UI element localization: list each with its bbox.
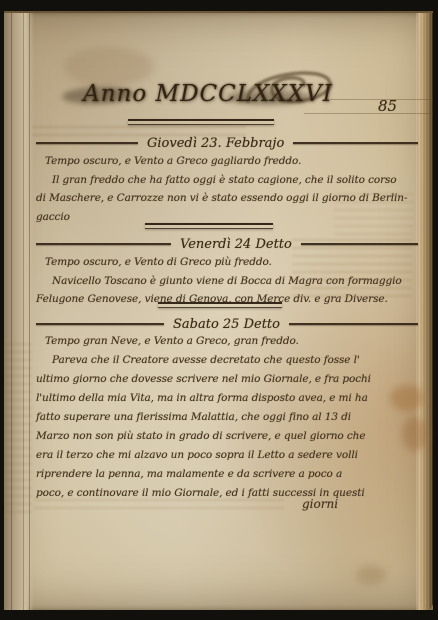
journal-line: poco, e continovare il mio Giornale, ed … — [36, 484, 420, 503]
journal-line: Tempo oscuro, e Vento di Greco più fredd… — [36, 253, 420, 272]
heading-rule-right — [289, 323, 418, 325]
journal-line: l'ultimo della mia Vita, ma in altra for… — [36, 389, 420, 408]
journal-line: era il terzo che mi alzavo un poco sopra… — [36, 446, 420, 465]
journal-line: Navicello Toscano è giunto viene di Bocc… — [36, 272, 420, 291]
entry-body: Tempo gran Neve, e Vento a Greco, gran f… — [36, 332, 420, 503]
journal-line: ultimo giorno che dovesse scrivere nel m… — [36, 370, 420, 389]
journal-line: di Maschere, e Carrozze non vi è stato e… — [36, 189, 420, 208]
heading-rule-left — [36, 243, 171, 245]
book-gutter — [4, 13, 34, 610]
entry-heading-row: Sabato 25 Detto — [36, 315, 418, 333]
entry-heading-row: Giovedì 23. Febbrajo — [36, 134, 418, 152]
gutter-crease — [29, 13, 30, 610]
entry-heading: Venerdì 24 Detto — [171, 237, 301, 252]
entry-heading-row: Venerdì 24 Detto — [36, 235, 418, 253]
heading-rule-left — [36, 142, 138, 144]
heading-rule-right — [293, 142, 418, 144]
section-divider-rule — [158, 302, 282, 308]
photo-frame: Anno MDCCLXXXVI 85 Giovedì 23. Febbrajo … — [0, 0, 438, 620]
heading-rule-right — [301, 243, 418, 245]
paper-stain — [356, 565, 386, 585]
book-page: Anno MDCCLXXXVI 85 Giovedì 23. Febbrajo … — [4, 11, 433, 610]
page-number: 85 — [378, 97, 397, 115]
journal-line: Il gran freddo che ha fatto oggi è stato… — [36, 171, 420, 190]
journal-line: riprendere la penna, ma malamente e da s… — [36, 465, 420, 484]
title-underline-rule — [128, 119, 274, 125]
ruling-line — [304, 113, 433, 114]
journal-line: Tempo oscuro, e Vento a Greco gagliardo … — [36, 152, 420, 171]
closing-word: giorni — [302, 497, 338, 511]
entry-body: Tempo oscuro, e Vento di Greco più fredd… — [36, 253, 420, 309]
entry-body: Tempo oscuro, e Vento a Greco gagliardo … — [36, 152, 420, 226]
entry-heading: Giovedì 23. Febbrajo — [138, 136, 293, 151]
section-divider-rule — [145, 223, 273, 229]
journal-line: Pareva che il Creatore avesse decretato … — [36, 351, 420, 370]
journal-line: Tempo gran Neve, e Vento a Greco, gran f… — [36, 332, 420, 351]
gutter-crease — [11, 13, 12, 610]
heading-rule-left — [36, 323, 164, 325]
journal-line: Marzo non son più stato in grado di scri… — [36, 427, 420, 446]
entry-heading: Sabato 25 Detto — [164, 317, 289, 332]
page-edge-stack — [416, 13, 433, 610]
gutter-crease — [23, 13, 24, 610]
year-title: Anno MDCCLXXXVI — [68, 81, 348, 107]
journal-line: fatto superare una fierissima Malattia, … — [36, 408, 420, 427]
